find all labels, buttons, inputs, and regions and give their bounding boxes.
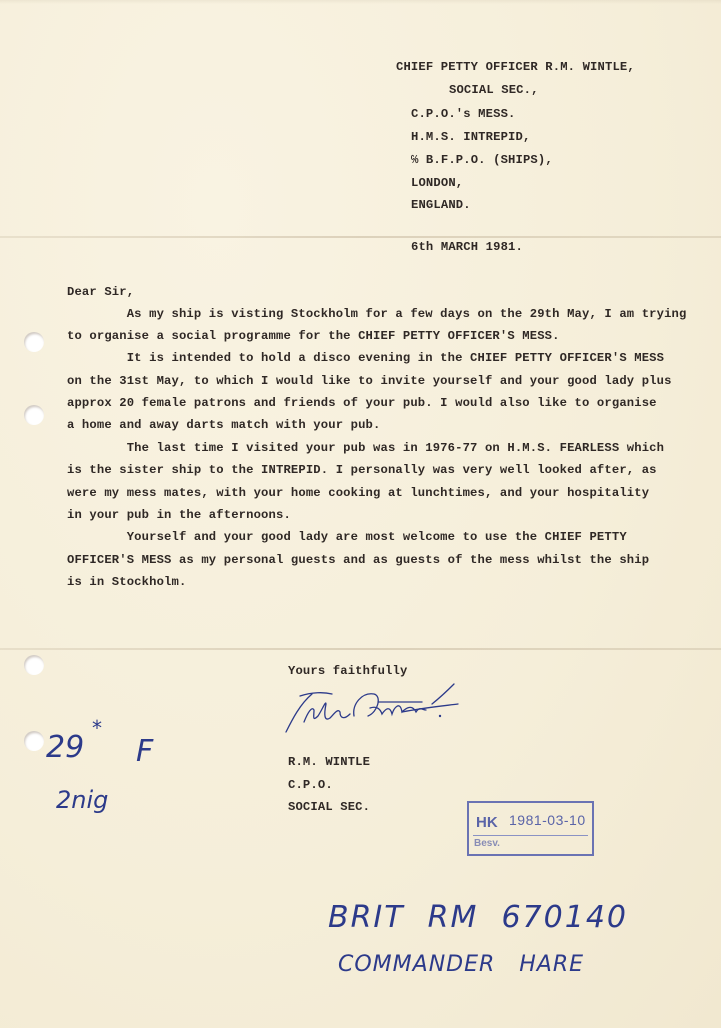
- body-line: is the sister ship to the INTREPID. I pe…: [67, 463, 657, 477]
- salutation: Dear Sir,: [67, 285, 134, 299]
- stamp-date-box: HK 1981-03-10: [473, 807, 588, 836]
- body-line: in your pub in the afternoons.: [67, 508, 291, 522]
- address-line: ℅ B.F.P.O. (SHIPS),: [411, 153, 553, 167]
- body-line: It is intended to hold a disco evening i…: [67, 351, 664, 365]
- letter-date: 6th MARCH 1981.: [411, 240, 523, 254]
- handwritten-day: 29: [46, 730, 84, 765]
- body-line: is in Stockholm.: [67, 575, 186, 589]
- punch-hole: [24, 731, 44, 751]
- body-line: on the 31st May, to which I would like t…: [67, 374, 672, 388]
- fold-line-top: [0, 236, 721, 238]
- stamp-code: HK: [476, 814, 498, 831]
- address-line: SOCIAL SEC.,: [449, 83, 539, 97]
- body-line: to organise a social programme for the C…: [67, 329, 560, 343]
- address-line: CHIEF PETTY OFFICER R.M. WINTLE,: [396, 60, 635, 74]
- address-line: H.M.S. INTREPID,: [411, 130, 530, 144]
- body-line: As my ship is visting Stockholm for a fe…: [67, 307, 687, 321]
- body-line: The last time I visited your pub was in …: [67, 441, 664, 455]
- address-line: C.P.O.'s MESS.: [411, 107, 516, 121]
- signer-title: SOCIAL SEC.: [288, 800, 370, 814]
- handwritten-day-mark: *: [92, 716, 102, 740]
- stamp-sub: Besv.: [474, 838, 500, 849]
- address-line: LONDON,: [411, 176, 463, 190]
- body-line: a home and away darts match with your pu…: [67, 418, 380, 432]
- signer-rank: C.P.O.: [288, 778, 333, 792]
- body-line: approx 20 female patrons and friends of …: [67, 396, 657, 410]
- body-line: Yourself and your good lady are most wel…: [67, 530, 627, 544]
- signature: [282, 682, 462, 738]
- body-line: were my mess mates, with your home cooki…: [67, 486, 649, 500]
- signer-name: R.M. WINTLE: [288, 755, 370, 769]
- fold-line-middle: [0, 648, 721, 650]
- handwritten-bottom-line-1: BRIT RM 670140: [328, 900, 628, 935]
- handwritten-letter: F: [136, 734, 153, 769]
- stamp-date: 1981-03-10: [509, 812, 586, 828]
- handwritten-word: 2nig: [56, 786, 108, 814]
- handwritten-bottom-line-2: COMMANDER HARE: [338, 952, 584, 977]
- address-line: ENGLAND.: [411, 198, 471, 212]
- received-stamp: HK 1981-03-10 Besv.: [467, 801, 594, 856]
- body-line: OFFICER'S MESS as my personal guests and…: [67, 553, 649, 567]
- punch-hole: [24, 655, 44, 675]
- punch-hole: [24, 405, 44, 425]
- closing: Yours faithfully: [288, 664, 407, 678]
- punch-hole: [24, 332, 44, 352]
